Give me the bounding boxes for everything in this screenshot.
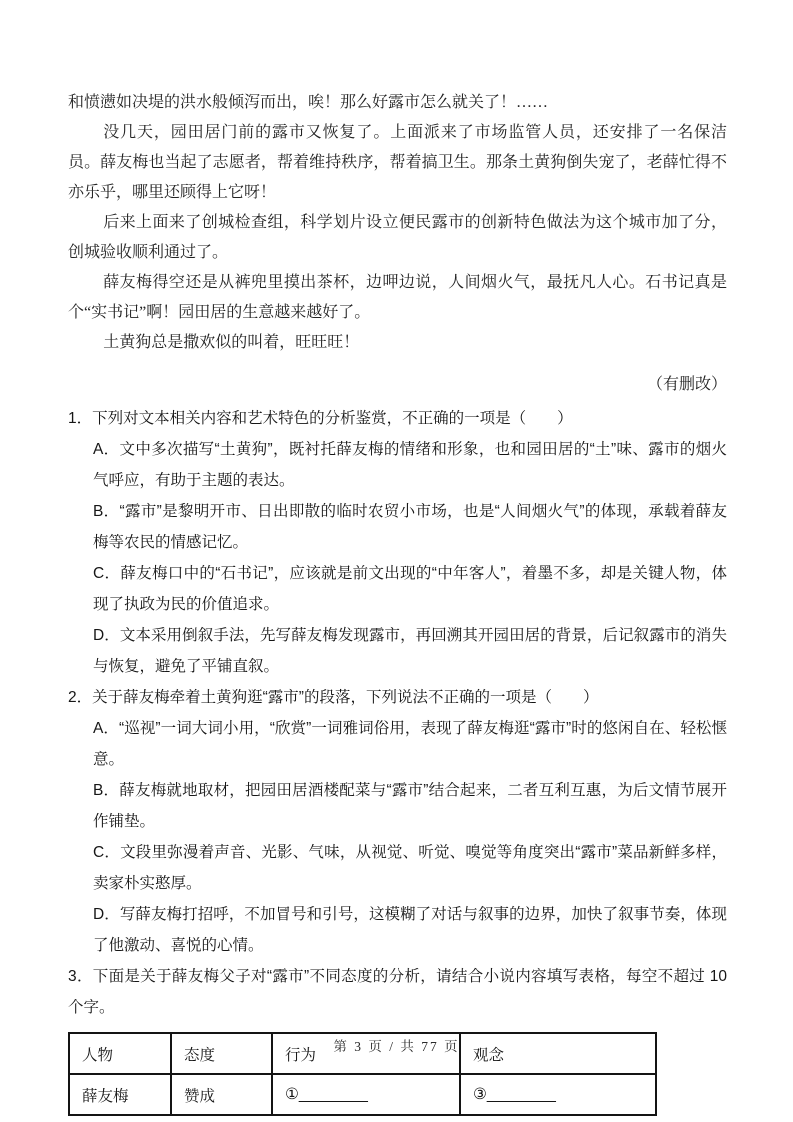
question-number: 3． (68, 968, 93, 985)
story-paragraph: 后来上面来了创城检查组，科学划片设立便民露市的创新特色做法为这个城市加了分，创城… (68, 208, 727, 268)
story-paragraph: 薛友梅得空还是从裤兜里摸出茶杯，边呷边说，人间烟火气，最抚凡人心。石书记真是个“… (68, 268, 727, 328)
question-3-stem: 3．下面是关于薛友梅父子对“露市”不同态度的分析，请结合小说内容填写表格，每空不… (68, 961, 727, 1023)
option-label: D． (93, 627, 120, 644)
table-row: 薛友梅 赞成 ①________ ③________ (69, 1074, 656, 1115)
question-text: 下列对文本相关内容和艺术特色的分析鉴赏，不正确的一项是（ ） (92, 410, 573, 427)
story-excerpt: 和愤懑如决堤的洪水般倾泻而出，唉！那么好露市怎么就关了！…… 没几天，园田居门前… (68, 88, 727, 400)
question-1-option-c: C．薛友梅口中的“石书记”，应该就是前文出现的“中年客人”，着墨不多，却是关键人… (93, 558, 727, 620)
table-cell-behavior-blank: ①________ (272, 1074, 460, 1115)
question-2-stem: 2．关于薛友梅牵着土黄狗逛“露市”的段落，下列说法不正确的一项是（ ） (68, 682, 727, 713)
page-content: 和愤懑如决堤的洪水般倾泻而出，唉！那么好露市怎么就关了！…… 没几天，园田居门前… (68, 88, 727, 1116)
page-footer: 第 3 页 / 共 77 页 (0, 1035, 793, 1055)
story-paragraph: 土黄狗总是撒欢似的叫着，旺旺旺！ (68, 328, 727, 358)
question-number: 1． (68, 410, 92, 427)
option-text: 文段里弥漫着声音、光影、气味，从视觉、听觉、嗅觉等角度突出“露市”菜品新鲜多样，… (93, 844, 727, 892)
question-1-option-a: A．文中多次描写“土黄狗”，既衬托薛友梅的情绪和形象，也和园田居的“土”味、露市… (93, 434, 727, 496)
option-text: 文本采用倒叙手法，先写薛友梅发现露市，再回溯其开园田居的背景，后记叙露市的消失与… (93, 627, 727, 675)
question-1-option-d: D．文本采用倒叙手法，先写薛友梅发现露市，再回溯其开园田居的背景，后记叙露市的消… (93, 620, 727, 682)
option-label: C． (93, 844, 120, 861)
option-label: B． (93, 782, 119, 799)
question-1-stem: 1．下列对文本相关内容和艺术特色的分析鉴赏，不正确的一项是（ ） (68, 403, 727, 434)
question-1-option-b: B．“露市”是黎明开市、日出即散的临时农贸小市场，也是“人间烟火气”的体现，承载… (93, 496, 727, 558)
option-text: 薛友梅口中的“石书记”，应该就是前文出现的“中年客人”，着墨不多，却是关键人物，… (93, 565, 727, 613)
option-label: A． (93, 720, 119, 737)
option-text: “巡视”一词大词小用，“欣赏”一词雅词俗用，表现了薛友梅逛“露市”时的悠闲自在、… (93, 720, 727, 768)
table-cell-person: 薛友梅 (69, 1074, 171, 1115)
option-text: “露市”是黎明开市、日出即散的临时农贸小市场，也是“人间烟火气”的体现，承载着薛… (93, 503, 727, 551)
question-number: 2． (68, 689, 92, 706)
question-2-option-a: A．“巡视”一词大词小用，“欣赏”一词雅词俗用，表现了薛友梅逛“露市”时的悠闲自… (93, 713, 727, 775)
question-2-option-d: D．写薛友梅打招呼，不加冒号和引号，这模糊了对话与叙事的边界，加快了叙事节奏，体… (93, 899, 727, 961)
document-page: 和愤懑如决堤的洪水般倾泻而出，唉！那么好露市怎么就关了！…… 没几天，园田居门前… (0, 0, 793, 1122)
option-text: 写薛友梅打招呼，不加冒号和引号，这模糊了对话与叙事的边界，加快了叙事节奏，体现了… (93, 906, 727, 954)
question-text: 关于薛友梅牵着土黄狗逛“露市”的段落，下列说法不正确的一项是（ ） (92, 689, 598, 706)
question-list: 1．下列对文本相关内容和艺术特色的分析鉴赏，不正确的一项是（ ） A．文中多次描… (68, 403, 727, 1116)
option-text: 薛友梅就地取材，把园田居酒楼配菜与“露市”结合起来，二者互利互惠，为后文情节展开… (93, 782, 727, 830)
option-label: D． (93, 906, 120, 923)
question-text: 下面是关于薛友梅父子对“露市”不同态度的分析，请结合小说内容填写表格，每空不超过… (68, 968, 727, 1016)
table-cell-attitude: 赞成 (171, 1074, 272, 1115)
option-label: B． (93, 503, 120, 520)
story-paragraph: 没几天，园田居门前的露市又恢复了。上面派来了市场监管人员，还安排了一名保洁员。薛… (68, 118, 727, 208)
option-label: A． (93, 441, 120, 458)
option-label: C． (93, 565, 120, 582)
story-paragraph: 和愤懑如决堤的洪水般倾泻而出，唉！那么好露市怎么就关了！…… (68, 88, 727, 118)
table-cell-concept-blank: ③________ (460, 1074, 656, 1115)
question-2-option-c: C．文段里弥漫着声音、光影、气味，从视觉、听觉、嗅觉等角度突出“露市”菜品新鲜多… (93, 837, 727, 899)
option-text: 文中多次描写“土黄狗”，既衬托薛友梅的情绪和形象，也和园田居的“土”味、露市的烟… (93, 441, 727, 489)
question-2-option-b: B．薛友梅就地取材，把园田居酒楼配菜与“露市”结合起来，二者互利互惠，为后文情节… (93, 775, 727, 837)
story-attribution: （有删改） (68, 370, 727, 400)
